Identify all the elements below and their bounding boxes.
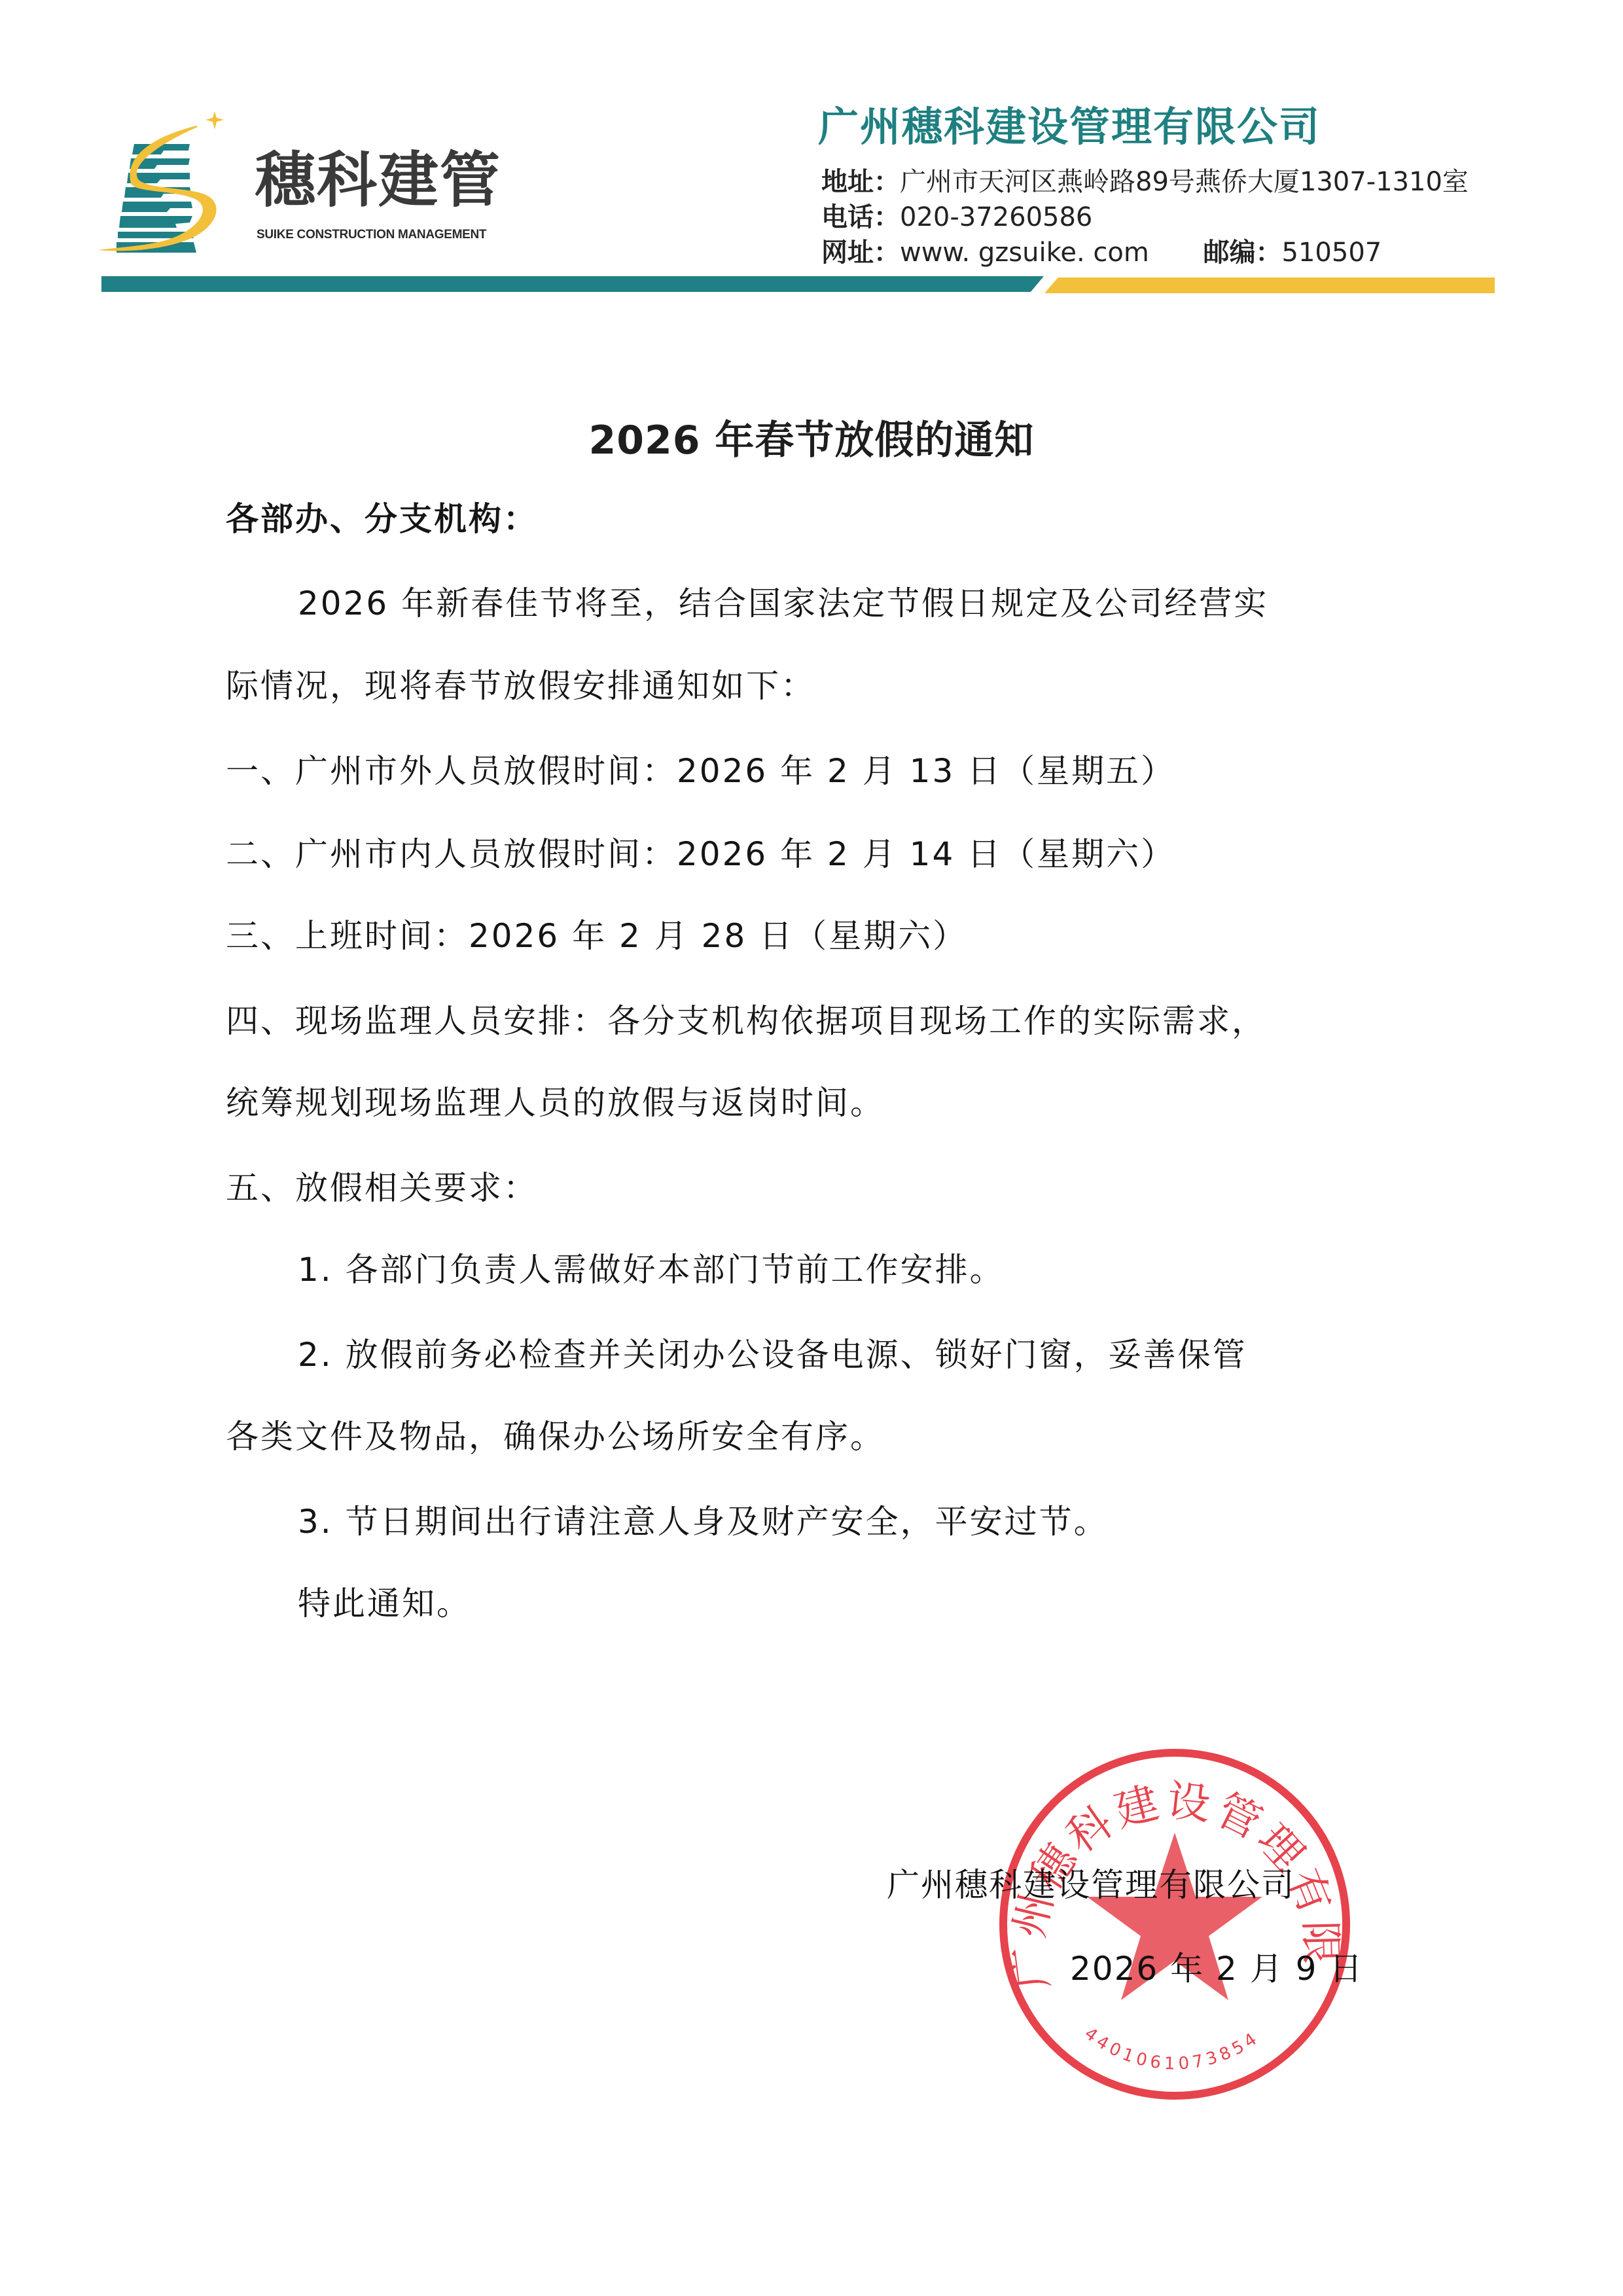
- website-zip-line: 网址：www. gzsuike. com 邮编：510507: [821, 240, 1382, 266]
- letterhead-company-name: 广州穗科建设管理有限公司: [818, 105, 1321, 149]
- closing-remark: 特此通知。: [298, 1587, 471, 1620]
- intro-paragraph-line-2: 际情况，现将春节放假安排通知如下：: [226, 670, 815, 702]
- address-label: 地址：: [821, 167, 900, 197]
- intro-paragraph-line-1: 2026 年新春佳节将至，结合国家法定节假日规定及公司经营实: [298, 587, 1268, 620]
- company-logo: 穗科建管 SUIKE CONSTRUCTION MANAGEMENT: [98, 98, 504, 255]
- item-5-requirements-heading: 五、放假相关要求：: [226, 1172, 538, 1204]
- signature-date: 2026 年 2 月 9 日: [1070, 1943, 1363, 1990]
- notice-title: 2026 年春节放假的通知: [0, 409, 1623, 465]
- salutation: 各部办、分支机构：: [226, 503, 538, 535]
- requirement-2-line-2: 各类文件及物品，确保办公场所安全有序。: [226, 1420, 885, 1453]
- official-red-seal-icon: 广州穗科建设管理有限公司 4401061073854: [991, 1741, 1358, 2108]
- address-line: 地址：广州市天河区燕岭路89号燕侨大厦1307-1310室: [821, 169, 1469, 195]
- requirement-1: 1. 各部门负责人需做好本部门节前工作安排。: [298, 1253, 1005, 1286]
- phone-value: 020-37260586: [900, 202, 1092, 232]
- item-2-inside-gz-holiday: 二、广州市内人员放假时间：2026 年 2 月 14 日（星期六）: [226, 838, 1175, 870]
- item-1-outside-gz-holiday: 一、广州市外人员放假时间：2026 年 2 月 13 日（星期五）: [226, 755, 1175, 787]
- letterhead-divider-teal: [101, 276, 1044, 292]
- item-4-site-supervision-line-2: 统筹规划现场监理人员的放假与返岗时间。: [226, 1086, 885, 1119]
- website-label: 网址：: [821, 238, 900, 268]
- item-4-site-supervision-line-1: 四、现场监理人员安排：各分支机构依据项目现场工作的实际需求，: [226, 1005, 1266, 1037]
- requirement-2-line-1: 2. 放假前务必检查并关闭办公设备电源、锁好门窗，妥善保管: [298, 1338, 1247, 1371]
- requirement-3: 3. 节日期间出行请注意人身及财产安全，平安过节。: [298, 1505, 1109, 1538]
- logo-chinese-text: 穗科建管: [255, 151, 501, 211]
- signature-company-name: 广州穗科建设管理有限公司: [887, 1859, 1295, 1906]
- item-3-return-to-work: 三、上班时间：2026 年 2 月 28 日（星期六）: [226, 920, 967, 952]
- phone-line: 电话：020-37260586: [821, 204, 1092, 230]
- address-value: 广州市天河区燕岭路89号燕侨大厦1307-1310室: [900, 167, 1469, 197]
- letterhead-divider-yellow: [1044, 278, 1495, 293]
- website-value[interactable]: www. gzsuike. com: [900, 238, 1149, 268]
- zip-label: 邮编：: [1204, 238, 1282, 268]
- logo-english-text: SUIKE CONSTRUCTION MANAGEMENT: [257, 228, 486, 242]
- phone-label: 电话：: [821, 202, 900, 232]
- suike-building-logo-icon: [98, 98, 249, 255]
- svg-text:4401061073854: 4401061073854: [1080, 2024, 1264, 2074]
- zip-value: 510507: [1282, 238, 1382, 268]
